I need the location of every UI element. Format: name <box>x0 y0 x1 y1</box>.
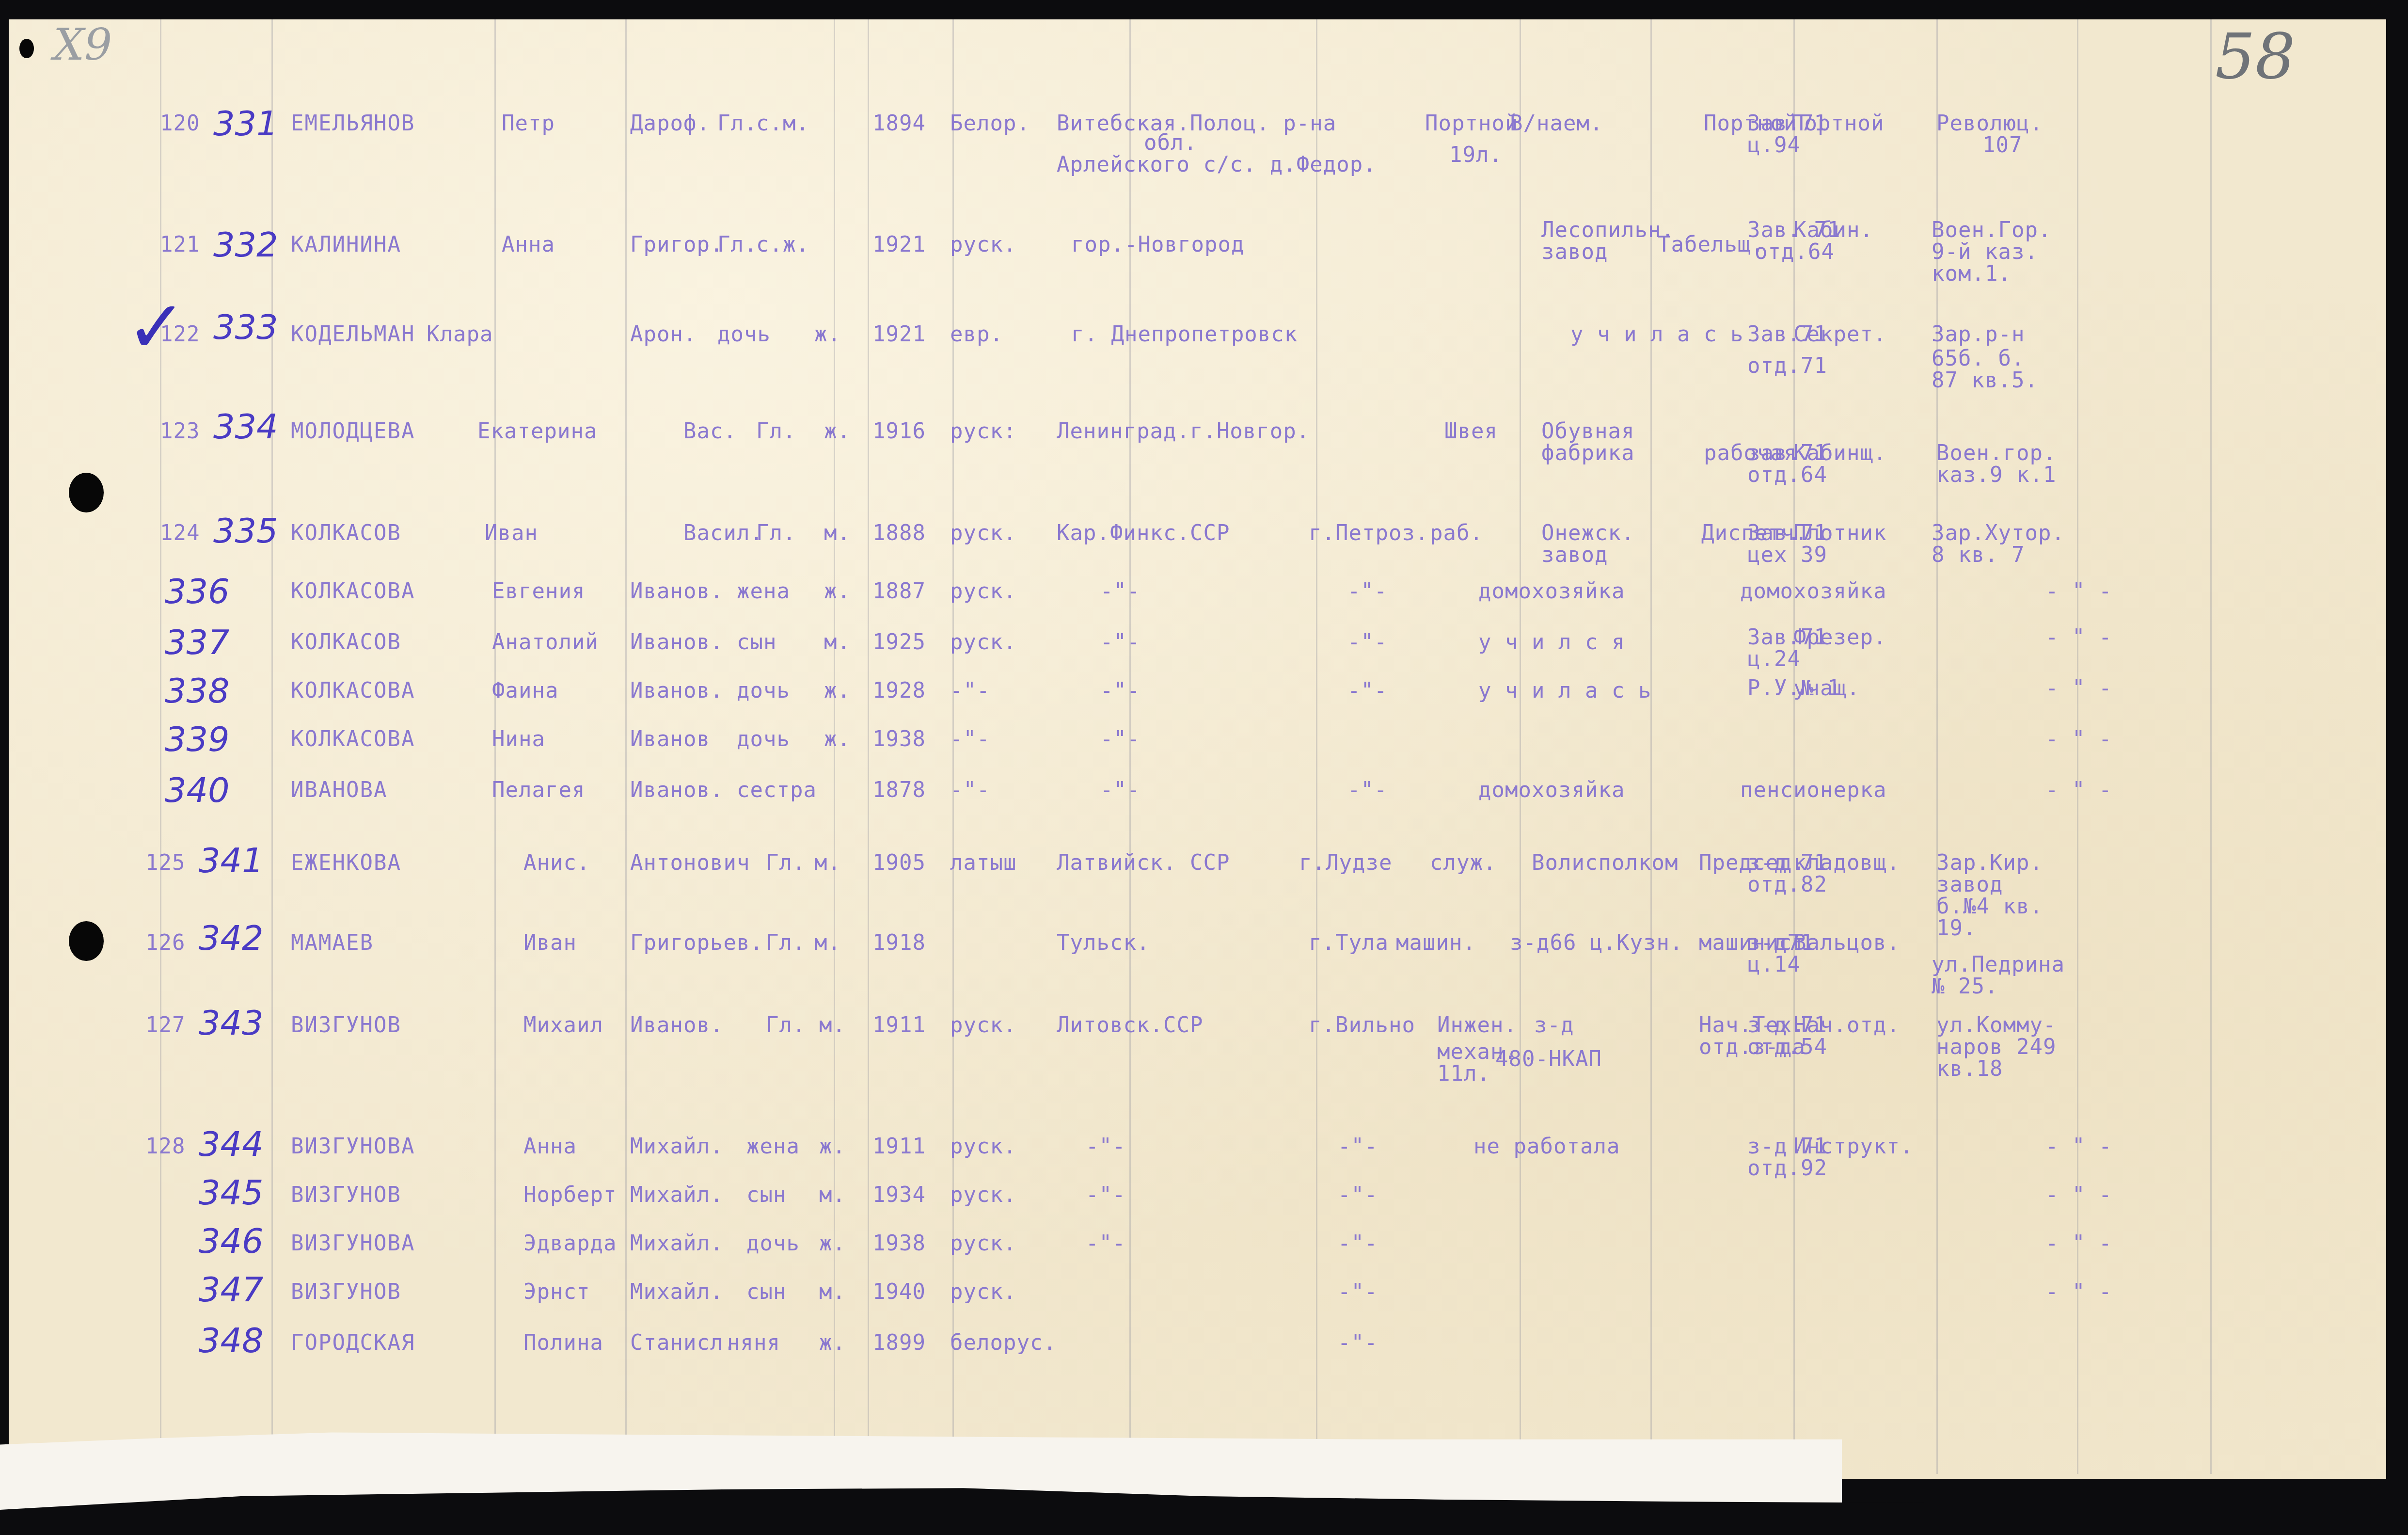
address: - " - <box>2045 1183 2112 1207</box>
profession-years: 19л. <box>1449 143 1503 167</box>
nationality: руск. <box>950 630 1016 655</box>
birth-year: 1894 <box>872 112 926 136</box>
work-now: пенсионерка <box>1740 778 1886 802</box>
nationality: руск. <box>950 1013 1016 1038</box>
record-no: 332 <box>213 228 278 262</box>
workplace: домохозяйка <box>1478 778 1625 802</box>
birthplace-city: г.Тула <box>1309 931 1389 955</box>
birthplace-city: г.Петроз. <box>1309 521 1428 545</box>
first-name: Екатерина <box>477 419 597 444</box>
relation: сын <box>737 630 776 655</box>
surname: ИВАНОВА <box>291 778 387 802</box>
birthplace: -"- <box>1086 1231 1125 1256</box>
speciality: Нач.отд. <box>1793 1013 1900 1038</box>
family-no: 124 <box>160 521 200 545</box>
address: Воен.гор. <box>1936 441 2056 465</box>
birthplace: Ленинград.г.Новгор. <box>1057 419 1310 444</box>
sex: м. <box>819 1280 846 1304</box>
record-no: 342 <box>199 921 264 955</box>
birthplace: -"- <box>1100 778 1140 802</box>
first-name: Михаил <box>523 1013 603 1038</box>
speciality: Фрезер. <box>1793 625 1886 650</box>
surname: ЕМЕЛЬЯНОВ <box>291 112 415 136</box>
patronymic: Станисл. <box>630 1331 737 1355</box>
relation: Гл. <box>756 521 796 545</box>
sex: м. <box>814 931 841 955</box>
relation: сестра <box>737 778 817 802</box>
first-name: Анатолий <box>492 630 599 655</box>
birthplace-city: -"- <box>1338 1231 1378 1256</box>
birthplace-city: -"- <box>1347 579 1387 604</box>
nationality: руск. <box>950 579 1016 604</box>
first-name: Евгения <box>492 579 585 604</box>
sex: м. <box>814 851 841 875</box>
speciality: Секрет. <box>1793 322 1886 347</box>
nationality: руск. <box>950 1231 1016 1256</box>
workplace: В/наем. <box>1510 112 1603 136</box>
workplace: у ч и л а с ь <box>1570 322 1743 347</box>
address: Воен.Гор. <box>1932 218 2051 242</box>
birthplace: -"- <box>1100 727 1140 752</box>
work-now-line2: ц.24 <box>1747 647 1801 672</box>
speciality: Плотник <box>1793 521 1886 545</box>
patronymic: Михайл. <box>630 1231 723 1256</box>
profession: Портной <box>1425 112 1518 136</box>
birth-year: 1925 <box>872 630 926 655</box>
birthplace-line2: обл. <box>1144 131 1197 155</box>
record-no: 339 <box>165 722 230 756</box>
relation: дочь <box>746 1231 800 1256</box>
patronymic: Иванов. <box>630 1013 723 1038</box>
address-line2: 8 кв. 7 <box>1932 543 2025 567</box>
birthplace: гор.-Новгород <box>1071 233 1244 257</box>
relation: Гл. <box>717 233 757 257</box>
surname: КОЛКАСОВ <box>291 630 401 655</box>
patronymic: Васил. <box>683 521 763 545</box>
first-name: Эрнст <box>523 1280 590 1304</box>
birth-year: 1938 <box>872 1231 926 1256</box>
birth-year: 1918 <box>872 931 926 955</box>
workplace: Онежск. <box>1541 521 1634 545</box>
birthplace: Литовск.ССР <box>1057 1013 1203 1038</box>
address: Зар.Кир. <box>1936 851 2043 875</box>
birthplace: Латвийск. ССР <box>1057 851 1230 875</box>
patronymic: Вас. <box>683 419 737 444</box>
first-name: Клара <box>427 322 493 347</box>
profession: машин. <box>1396 931 1476 955</box>
birth-year: 1888 <box>872 521 926 545</box>
work-now-line2: цех 39 <box>1747 543 1827 567</box>
birthplace-city: -"- <box>1338 1331 1378 1355</box>
relation: Гл. <box>756 419 796 444</box>
family-no: 123 <box>160 419 200 444</box>
address-line2: 107 <box>1982 133 2022 158</box>
first-name: Анна <box>523 1135 577 1159</box>
sex: с.ж. <box>756 233 809 257</box>
family-no: 122 <box>160 322 200 347</box>
family-no: 125 <box>145 851 185 875</box>
birth-year: 1878 <box>872 778 926 802</box>
address-line3: б.№4 кв. <box>1936 895 2043 919</box>
birthplace-city: г.Лудзе <box>1299 851 1392 875</box>
relation: дочь <box>737 679 790 703</box>
sex: ж. <box>824 727 851 752</box>
surname: КОДЕЛЬМАН <box>291 322 415 347</box>
record-no: 336 <box>165 575 230 608</box>
workplace-line2: 480-НКАП <box>1495 1047 1602 1071</box>
address: - " - <box>2045 1231 2112 1256</box>
punch-hole <box>19 39 34 58</box>
profession: служ. <box>1430 851 1496 875</box>
work-now-line2: отд.64 <box>1755 240 1835 264</box>
column-rule <box>868 19 869 1474</box>
surname: ВИЗГУНОВ <box>291 1013 401 1038</box>
patronymic: Михайл. <box>630 1135 723 1159</box>
nationality: Белор. <box>950 112 1030 136</box>
workplace-line2: завод <box>1541 543 1608 567</box>
punch-hole <box>69 921 104 961</box>
column-rule <box>1316 19 1317 1474</box>
surname: КОЛКАСОВА <box>291 579 415 604</box>
speciality: Инструкт. <box>1793 1135 1913 1159</box>
birthplace-city: -"- <box>1338 1280 1378 1304</box>
profession: Инжен. <box>1437 1013 1517 1038</box>
record-no: 341 <box>199 844 264 878</box>
birthplace-city: г.Вильно <box>1309 1013 1415 1038</box>
surname: ГОРОДСКАЯ <box>291 1331 415 1355</box>
birth-year: 1905 <box>872 851 926 875</box>
record-no: 334 <box>213 410 278 444</box>
birthplace: Кар.Финкс.ССР <box>1057 521 1230 545</box>
column-rule <box>625 19 627 1474</box>
family-no: 128 <box>145 1135 185 1159</box>
patronymic: Арон. <box>630 322 697 347</box>
record-no: 333 <box>213 310 278 344</box>
first-name: Полина <box>523 1331 603 1355</box>
speciality: кладовщ. <box>1793 851 1900 875</box>
relation: дочь <box>717 322 771 347</box>
address-line2: № 25. <box>1932 975 1998 999</box>
relation: сын <box>746 1183 786 1207</box>
address: ул.Комму- <box>1936 1013 2056 1038</box>
patronymic: Иванов <box>630 727 710 752</box>
address: Революц. <box>1936 112 2043 136</box>
surname: КАЛИНИНА <box>291 233 401 257</box>
surname: КОЛКАСОВА <box>291 727 415 752</box>
address: - " - <box>2045 579 2112 604</box>
nationality: белорус. <box>950 1331 1057 1355</box>
relation: сын <box>746 1280 786 1304</box>
record-no: 347 <box>199 1273 264 1307</box>
column-rule <box>2210 19 2212 1474</box>
nationality: руск. <box>950 1135 1016 1159</box>
address-line2: каз.9 к.1 <box>1936 463 2056 487</box>
birthplace-city: -"- <box>1338 1135 1378 1159</box>
first-name: Пелагея <box>492 778 585 802</box>
birthplace-line3: Арлейского с/с. д.Федор. <box>1057 153 1377 177</box>
address: - " - <box>2045 1280 2112 1304</box>
workplace: домохозяйка <box>1478 579 1625 604</box>
first-name: Фаина <box>492 679 558 703</box>
speciality: учащ. <box>1793 676 1860 701</box>
address: Зар.р-н <box>1932 322 2025 347</box>
family-no: 120 <box>160 112 200 136</box>
speciality: Портной <box>1791 112 1884 136</box>
punch-hole <box>69 473 104 512</box>
sex: с.м. <box>756 112 809 136</box>
nationality: евр. <box>950 322 1003 347</box>
birth-year: 1938 <box>872 727 926 752</box>
first-name: Иван <box>485 521 538 545</box>
work-now-line2: ц.94 <box>1747 133 1801 158</box>
surname: КОЛКАСОВА <box>291 679 415 703</box>
work-now: домохозяйка <box>1740 579 1886 604</box>
record-no: 346 <box>199 1224 264 1258</box>
sex: м. <box>824 630 851 655</box>
work-now-line2: отд.71 <box>1747 354 1827 378</box>
first-name: Анна <box>502 233 555 257</box>
birth-year: 1911 <box>872 1013 926 1038</box>
nationality: -"- <box>950 727 990 752</box>
relation: Гл. <box>766 931 806 955</box>
nationality: руск. <box>950 1183 1016 1207</box>
surname: ВИЗГУНОВ <box>291 1280 401 1304</box>
work-now-line2: отд.92 <box>1747 1156 1827 1181</box>
birth-year: 1921 <box>872 233 926 257</box>
address-line3: 87 кв.5. <box>1932 368 2038 393</box>
sex: ж. <box>819 1135 846 1159</box>
sex: м. <box>819 1013 846 1038</box>
first-name: Иван <box>523 931 577 955</box>
record-no: 338 <box>165 674 230 708</box>
birthplace: г. Днепропетровск <box>1071 322 1298 347</box>
patronymic: Дароф. <box>630 112 710 136</box>
work-now-line2: отд.82 <box>1747 873 1827 897</box>
speciality: Кабинщ. <box>1793 441 1886 465</box>
birthplace: -"- <box>1100 630 1140 655</box>
surname: МОЛОДЦЕВА <box>291 419 415 444</box>
workplace: у ч и л а с ь <box>1478 679 1651 703</box>
address: Зар.Хутор. <box>1932 521 2065 545</box>
relation: жена <box>737 579 790 604</box>
birth-year: 1887 <box>872 579 926 604</box>
relation: дочь <box>737 727 790 752</box>
birthplace-city: -"- <box>1347 630 1387 655</box>
family-no: 121 <box>160 233 200 257</box>
record-no: 337 <box>165 625 230 659</box>
first-name: Эдварда <box>523 1231 617 1256</box>
birth-year: 1921 <box>872 322 926 347</box>
birth-year: 1934 <box>872 1183 926 1207</box>
relation: няня <box>727 1331 780 1355</box>
nationality: -"- <box>950 679 990 703</box>
birthplace-city: -"- <box>1347 679 1387 703</box>
birth-year: 1911 <box>872 1135 926 1159</box>
nationality: -"- <box>950 778 990 802</box>
patronymic: Иванов. <box>630 579 723 604</box>
nationality: руск. <box>950 1280 1016 1304</box>
page-number: 58 <box>2215 19 2295 93</box>
surname: КОЛКАСОВ <box>291 521 401 545</box>
birthplace-city: -"- <box>1347 778 1387 802</box>
patronymic: Иванов. <box>630 778 723 802</box>
surname: ВИЗГУНОВ <box>291 1183 401 1207</box>
address-line2: наров 249 <box>1936 1035 2056 1059</box>
first-name: Петр <box>502 112 555 136</box>
work-now-line2: отд.64 <box>1747 463 1827 487</box>
sex: ж. <box>819 1331 846 1355</box>
record-no: 345 <box>199 1176 264 1210</box>
workplace: Лесопильн. <box>1541 218 1675 242</box>
address-line2: 9-й каз. <box>1932 240 2038 264</box>
work-now-line2: ц.14 <box>1747 953 1801 977</box>
work-now-line2: отд.54 <box>1747 1035 1827 1059</box>
sex: ж. <box>824 419 851 444</box>
profession: Швея <box>1444 419 1498 444</box>
relation: Гл. <box>766 851 806 875</box>
record-no: 348 <box>199 1324 264 1358</box>
patronymic: Иванов. <box>630 679 723 703</box>
sex: ж. <box>824 579 851 604</box>
profession-years: 11л. <box>1437 1062 1490 1086</box>
surname: ВИЗГУНОВА <box>291 1231 415 1256</box>
corner-mark: X9 <box>53 19 112 70</box>
first-name: Норберт <box>523 1183 617 1207</box>
sex: м. <box>819 1183 846 1207</box>
family-no: 127 <box>145 1013 185 1038</box>
birth-year: 1899 <box>872 1331 926 1355</box>
workplace: з-д <box>1534 1013 1574 1038</box>
nationality: руск: <box>950 419 1016 444</box>
address-line2: 65б. б. <box>1932 347 2025 371</box>
workplace: у ч и л с я <box>1478 630 1625 655</box>
address: - " - <box>2045 778 2112 802</box>
address: - " - <box>2045 727 2112 752</box>
patronymic: Иванов. <box>630 630 723 655</box>
birthplace: -"- <box>1100 579 1140 604</box>
record-no: 335 <box>213 514 278 548</box>
first-name: Анис. <box>523 851 590 875</box>
address-line4: 19. <box>1936 916 1976 941</box>
patronymic: Михайл. <box>630 1183 723 1207</box>
address: ул.Педрина <box>1932 953 2065 977</box>
sex: ж. <box>819 1231 846 1256</box>
surname: ВИЗГУНОВА <box>291 1135 415 1159</box>
patronymic: Григор. <box>630 233 723 257</box>
column-rule <box>1520 19 1521 1474</box>
workplace: не работала <box>1473 1135 1620 1159</box>
patronymic: Михайл. <box>630 1280 723 1304</box>
workplace: Волисполком <box>1532 851 1678 875</box>
patronymic: Григорьев. <box>630 931 763 955</box>
record-no: 340 <box>165 773 230 807</box>
birth-year: 1940 <box>872 1280 926 1304</box>
speciality: Вальцов. <box>1793 931 1900 955</box>
birthplace: -"- <box>1086 1183 1125 1207</box>
record-no: 343 <box>199 1006 264 1040</box>
birthplace-city: -"- <box>1338 1183 1378 1207</box>
patronymic: Антонович <box>630 851 750 875</box>
relation: Гл. <box>766 1013 806 1038</box>
address-line3: ком.1. <box>1932 262 2012 286</box>
address: - " - <box>2045 625 2112 650</box>
birth-year: 1916 <box>872 419 926 444</box>
profession: раб. <box>1430 521 1483 545</box>
workplace-line2: завод <box>1541 240 1608 264</box>
birthplace: Тульск. <box>1057 931 1150 955</box>
record-no: 331 <box>213 107 278 141</box>
address: - " - <box>2045 676 2112 701</box>
address-line2: завод <box>1936 873 2003 897</box>
workplace-line2: фабрика <box>1541 441 1634 465</box>
record-no: 344 <box>199 1127 264 1161</box>
relation: Гл. <box>717 112 757 136</box>
address-line3: кв.18 <box>1936 1057 2003 1081</box>
relation: жена <box>746 1135 800 1159</box>
birthplace: -"- <box>1086 1135 1125 1159</box>
sex: м. <box>824 521 851 545</box>
address: - " - <box>2045 1135 2112 1159</box>
first-name: Нина <box>492 727 545 752</box>
sex: ж. <box>814 322 841 347</box>
workplace: з-д66 ц.Кузн. <box>1510 931 1683 955</box>
sex: ж. <box>824 679 851 703</box>
birth-year: 1928 <box>872 679 926 703</box>
nationality: руск. <box>950 521 1016 545</box>
family-no: 126 <box>145 931 185 955</box>
speciality: Кабин. <box>1793 218 1873 242</box>
surname: МАМАЕВ <box>291 931 374 955</box>
birthplace: -"- <box>1100 679 1140 703</box>
nationality: руск. <box>950 233 1016 257</box>
nationality: латыш <box>950 851 1016 875</box>
workplace: Обувная <box>1541 419 1634 444</box>
surname: ЕЖЕНКОВА <box>291 851 401 875</box>
